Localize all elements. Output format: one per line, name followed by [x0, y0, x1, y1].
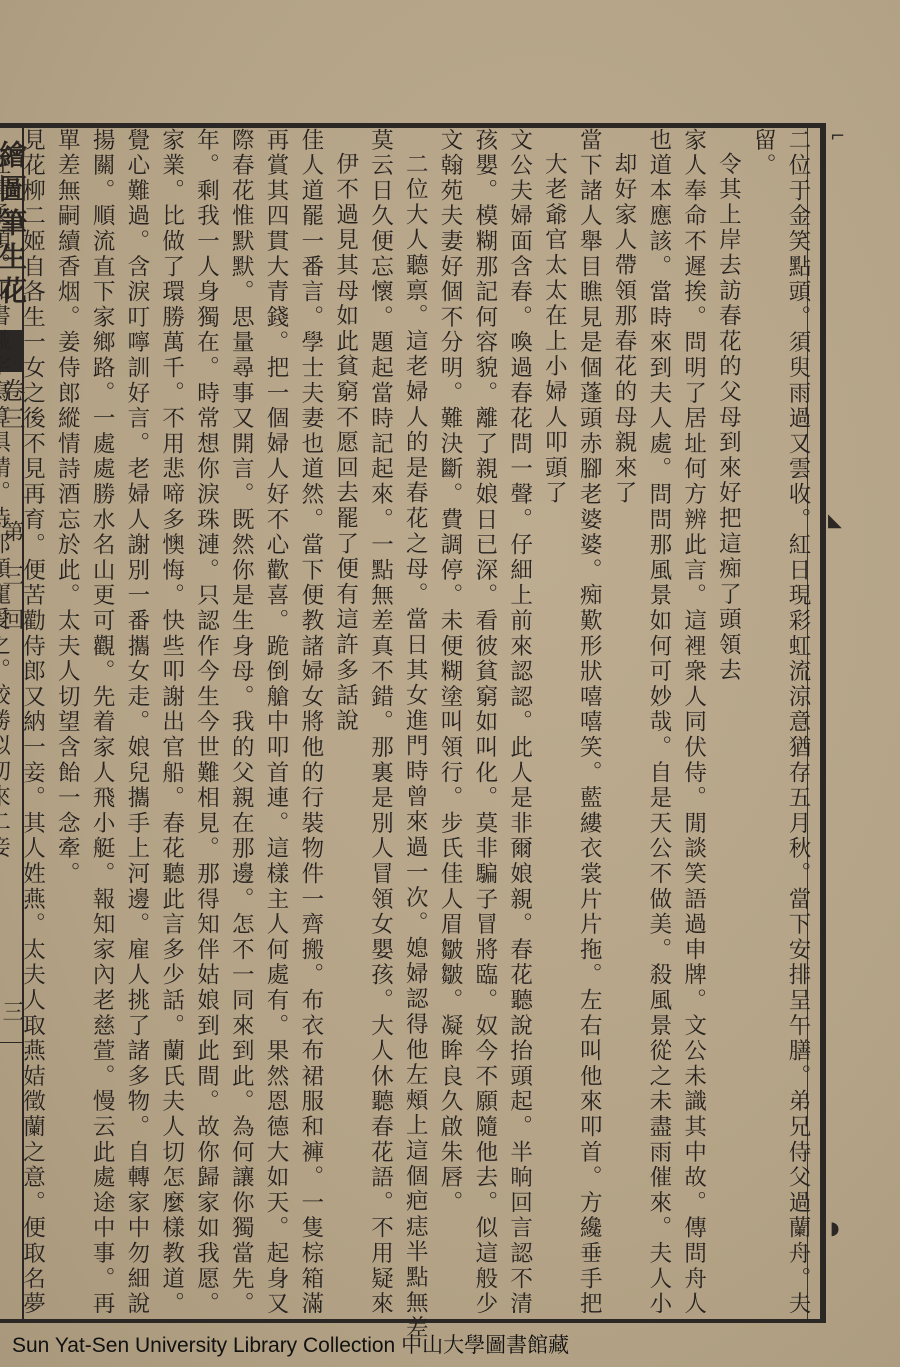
text-column: 却好家人帶領那春花的母親來了: [606, 128, 641, 1337]
binding-notch-mark-lower: ◗: [830, 1218, 839, 1239]
binding-notch-mark: ◣: [828, 510, 842, 531]
scanned-book-page: 繪圖筆生花 卷三 第三回 三 二位于金笑點頭。須臾雨過又雲收。紅日現彩虹流涼意猶…: [0, 0, 900, 1367]
text-column: 佳人道罷一番言。學士夫妻也道然。當下便教諸婦女將他的行裝物件一齊搬。布衣布裙服和…: [293, 128, 328, 1313]
text-column: 也道本應該。當時來到夫人處。問問那風景如何可妙哉。自是天公不做美。殺風景從之未盡…: [641, 128, 676, 1313]
text-column: 見花柳二姬自各生一女之後不見再育。便苦勸侍郎又納一妾。其人姓燕。太夫人取燕姞徵蘭…: [15, 128, 50, 1313]
text-column: 覺心難過。含淚叮嚀訓好言。老婦人謝別一番攜女走。娘兒攜手上河邊。雇人挑了諸多物。…: [119, 128, 154, 1313]
text-column: 揚關。順流直下家鄉路。一處處勝水名山更可觀。先着家人飛小艇。報知家內老慈萱。慢云…: [84, 128, 119, 1313]
text-column: 大老爺官太太在上小婦人叩頭了: [537, 128, 572, 1337]
text-column: 文公夫婦面含春。喚過春花問一聲。仔細上前來認認。此人是非爾娘親。春花聽說抬頭起。…: [502, 128, 537, 1313]
text-column: 二位大人聽禀。這老婦人的是春花之母。當日其女進門時曾來過一次。媳婦認得他左頰上這…: [397, 128, 432, 1337]
text-column: 文翰苑夫妻好個不分明。難決斷。費調停。未便糊塗叫領行。步氏佳人眉皺皺。凝眸良久啟…: [432, 128, 467, 1313]
text-column: 年。剩我一人身獨在。時常想你淚珠漣。只認作今生今世難相見。那得知伴姑娘到此間。故…: [189, 128, 224, 1313]
text-column: 當下諸人舉目瞧見是個蓬頭赤腳老婆婆。痴歎形狀嘻嘻笑。藍縷衣裳片片拖。左右叫他來叩…: [571, 128, 606, 1313]
text-column: 留。: [745, 128, 780, 1313]
text-column: 莫云日久便忘懷。題起當時記起來。一點無差真不錯。那裏是別人冒領女嬰孩。大人休聽春…: [363, 128, 398, 1313]
text-column: 再賞其四貫大青錢。把一個婦人好不心歡喜。跪倒艙中叩首連。這樣主人何處有。果然恩德…: [258, 128, 293, 1313]
paper-crease-mark: ⌐: [830, 126, 845, 147]
text-column: 孩嬰。模糊那記何容貌。離了親娘日已深。看彼貧窮如叫化。莫非騙子冒將臨。奴今不願隨…: [467, 128, 502, 1313]
text-column: 二位于金笑點頭。須臾雨過又雲收。紅日現彩虹流涼意猶存五月秋。當下安排呈午膳。弟兄…: [780, 128, 815, 1313]
vertical-text-body: 二位于金笑點頭。須臾雨過又雲收。紅日現彩虹流涼意猶存五月秋。當下安排呈午膳。弟兄…: [25, 128, 815, 1318]
text-column: 家業。比做了環勝萬千。不用悲啼多懊悔。快些叩謝出官船。春花聽此言多少話。蘭氏夫人…: [154, 128, 189, 1313]
text-column: 令其上岸去訪春花的父母到來好把這痴了頭領去: [711, 128, 746, 1337]
text-column: 性情柔順。知書識字寫算俱精。侍郎頗寵愛之。較勝似初來二妾: [0, 128, 15, 1337]
text-column: 單差無嗣續香烟。姜侍郎縱情詩酒忘於此。太夫人切望含飴一念牽。: [49, 128, 84, 1313]
library-collection-caption: Sun Yat-Sen University Library Collectio…: [12, 1329, 569, 1359]
text-column: 伊不過見其母如此貧窮不愿回去罷了便有這許多話說: [328, 128, 363, 1337]
text-column: 際春花惟默默。思量尋事又開言。既然你是生身母。我的父親在那邊。怎不一同來到此。為…: [223, 128, 258, 1313]
text-column: 家人奉命不遲挨。問明了居址何方辨此言。這裡衆人同伏侍。閒談笑語過申牌。文公未識其…: [676, 128, 711, 1313]
